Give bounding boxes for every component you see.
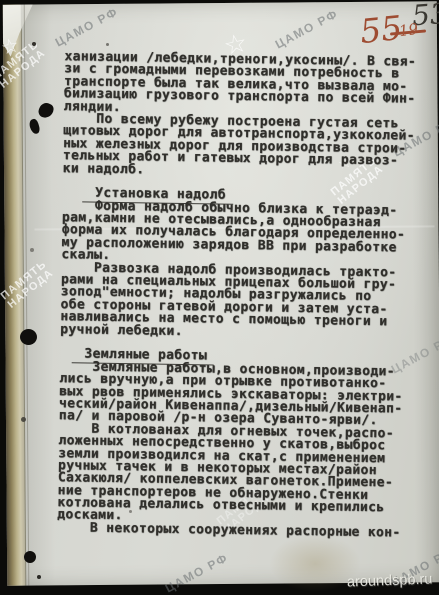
dust-speck [129,510,132,513]
page-number-red: 55 [358,8,404,51]
page-number-struck: 19 [398,20,419,40]
punch-hole [20,329,37,345]
watermark-site: aroundspb.ru [347,572,433,591]
punch-hole [24,551,36,563]
dust-speck [32,42,36,46]
dust-speck [30,248,34,252]
dust-speck [106,43,109,46]
document-text: ханизации /лебедки,треноги,укосины/. В с… [57,49,437,538]
punch-hole [37,575,41,579]
punch-hole [21,417,26,422]
scanned-document-view: ЦАМО РФ ЦАМО РФ ЦАМО РФ ЦАМО РФ ЦАМО РФ … [0,0,439,595]
